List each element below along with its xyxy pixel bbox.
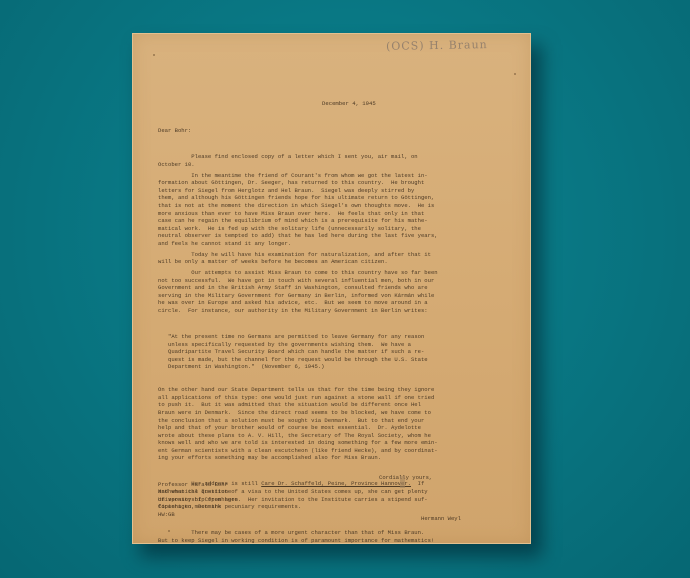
letter-page: (OCS) H. Braun December 4, 1945 Dear Boh… (132, 33, 531, 544)
paper-speck (168, 530, 170, 532)
paragraph-final: There may be cases of a more urgent char… (158, 529, 508, 544)
braun-address: Care Dr. Schaffeld, Peine, Province Hann… (261, 480, 411, 487)
paper-speck (514, 73, 516, 75)
paragraph-state-department: On the other hand our State Department t… (158, 386, 508, 462)
salutation: Dear Bohr: (158, 127, 508, 135)
body-paragraph: Our attempts to assist Miss Braun to com… (158, 269, 508, 315)
address-suffix: If (411, 480, 424, 487)
quoted-passage: "At the present time no Germans are perm… (158, 333, 508, 371)
letter-body: Dear Bohr: Please find enclosed copy of … (158, 112, 508, 544)
body-paragraph: Today he will have his examination for n… (158, 251, 508, 266)
body-paragraph: Please find enclosed copy of a letter wh… (158, 153, 508, 168)
body-paragraph: In the meantime the friend of Courant's … (158, 172, 508, 248)
complimentary-close: Cordially yours, (379, 474, 432, 481)
recipient-address-block: Professor Harald Bohr Mathematical Insti… (158, 481, 238, 518)
paper-stain (400, 476, 405, 488)
body-paragraphs: Please find enclosed copy of a letter wh… (158, 153, 508, 314)
paper-speck (153, 54, 155, 56)
signature: Hermann Weyl (421, 515, 461, 522)
handwritten-annotation: (OCS) H. Braun (386, 38, 488, 53)
letter-date: December 4, 1945 (322, 100, 376, 107)
